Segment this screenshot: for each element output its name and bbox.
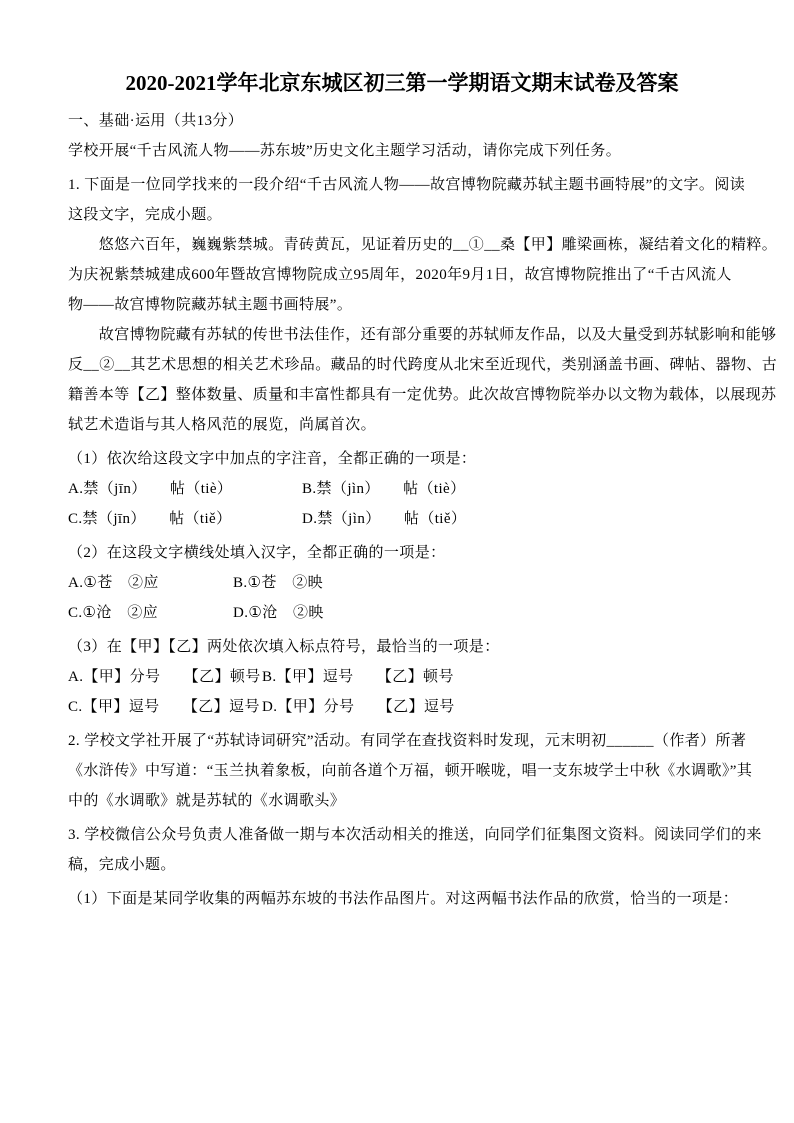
q1-passage-line: 反__②__其艺术思想的相关艺术珍品。藏品的时代跨度从北宋至近现代，类别涵盖书画… [68, 350, 736, 380]
option-b: B.【甲】逗号 【乙】顿号 [262, 662, 454, 692]
q2-line: 中的《水调歌》就是苏轼的《水调歌头》 [68, 786, 736, 816]
q1-sub1-option-row: A.禁（jīn） 帖（tiè） B.禁（jìn） 帖（tiè） [68, 474, 736, 504]
option-d: D.禁（jìn） 帖（tiě） [302, 504, 466, 534]
option-a: A.【甲】分号 【乙】顿号 [68, 662, 262, 692]
question-3-sub-1: （1）下面是某同学收集的两幅苏东坡的书法作品图片。对这两幅书法作品的欣赏，恰当的… [68, 884, 736, 914]
option-a: A.①苍 ②应 [68, 568, 233, 598]
q1-sub1-stem: （1）依次给这段文字中加点的字注音，全都正确的一项是： [68, 444, 736, 474]
q1-sub2-option-row: A.①苍 ②应 B.①苍 ②映 [68, 568, 736, 598]
q3-sub1-stem: （1）下面是某同学收集的两幅苏东坡的书法作品图片。对这两幅书法作品的欣赏，恰当的… [68, 884, 736, 914]
option-c: C.①沧 ②应 [68, 598, 233, 628]
exam-title: 2020-2021学年北京东城区初三第一学期语文期末试卷及答案 [68, 66, 736, 100]
q1-sub2-stem: （2）在这段文字横线处填入汉字，全都正确的一项是： [68, 538, 736, 568]
question-2: 2. 学校文学社开展了“苏轼诗词研究”活动。有同学在查找资料时发现，元末明初__… [68, 726, 736, 816]
q1-sub3-stem: （3）在【甲】【乙】两处依次填入标点符号，最恰当的一项是： [68, 632, 736, 662]
q3-line: 3. 学校微信公众号负责人准备做一期与本次活动相关的推送，向同学们征集图文资料。… [68, 820, 736, 850]
option-b: B.禁（jìn） 帖（tiè） [302, 474, 465, 504]
q2-line: 2. 学校文学社开展了“苏轼诗词研究”活动。有同学在查找资料时发现，元末明初__… [68, 726, 736, 756]
option-c: C.【甲】逗号 【乙】逗号 [68, 692, 262, 722]
q1-stem-line: 1. 下面是一位同学找来的一段介绍“千古风流人物——故宫博物院藏苏轼主题书画特展… [68, 170, 736, 200]
q1-passage-line: 轼艺术造诣与其人格风范的展览，尚属首次。 [68, 410, 736, 440]
q1-passage-line: 籍善本等【乙】整体数量、质量和丰富性都具有一定优势。此次故宫博物院举办以文物为载… [68, 380, 736, 410]
q1-sub2-option-row: C.①沧 ②应 D.①沧 ②映 [68, 598, 736, 628]
question-1-sub-2: （2）在这段文字横线处填入汉字，全都正确的一项是： A.①苍 ②应 B.①苍 ②… [68, 538, 736, 628]
question-1-sub-3: （3）在【甲】【乙】两处依次填入标点符号，最恰当的一项是： A.【甲】分号 【乙… [68, 632, 736, 722]
q1-sub3-option-row: A.【甲】分号 【乙】顿号 B.【甲】逗号 【乙】顿号 [68, 662, 736, 692]
q1-sub3-option-row: C.【甲】逗号 【乙】逗号 D.【甲】分号 【乙】逗号 [68, 692, 736, 722]
option-a: A.禁（jīn） 帖（tiè） [68, 474, 302, 504]
question-3: 3. 学校微信公众号负责人准备做一期与本次活动相关的推送，向同学们征集图文资料。… [68, 820, 736, 880]
option-c: C.禁（jīn） 帖（tiě） [68, 504, 302, 534]
q1-passage-line: 故宫博物院藏有苏轼的传世书法佳作，还有部分重要的苏轼师友作品，以及大量受到苏轼影… [68, 320, 736, 350]
question-1: 1. 下面是一位同学找来的一段介绍“千古风流人物——故宫博物院藏苏轼主题书画特展… [68, 170, 736, 440]
section-heading: 一、基础·运用（共13分） [68, 106, 736, 136]
q2-line: 《水浒传》中写道：“玉兰执着象板，向前各道个万福，顿开喉咙，唱一支东坡学士中秋《… [68, 756, 736, 786]
exam-document-page: 2020-2021学年北京东城区初三第一学期语文期末试卷及答案 一、基础·运用（… [0, 0, 794, 1123]
section-intro: 学校开展“千古风流人物——苏东坡”历史文化主题学习活动，请你完成下列任务。 [68, 136, 736, 166]
q1-stem-line: 这段文字，完成小题。 [68, 200, 736, 230]
q1-passage-line: 物——故宫博物院藏苏轼主题书画特展”。 [68, 290, 736, 320]
option-b: B.①苍 ②映 [233, 568, 323, 598]
q1-passage-line: 悠悠六百年，巍巍紫禁城。青砖黄瓦，见证着历史的__①__桑【甲】雕梁画栋，凝结着… [68, 230, 736, 260]
q1-sub1-option-row: C.禁（jīn） 帖（tiě） D.禁（jìn） 帖（tiě） [68, 504, 736, 534]
option-d: D.①沧 ②映 [233, 598, 324, 628]
question-1-sub-1: （1）依次给这段文字中加点的字注音，全都正确的一项是： A.禁（jīn） 帖（t… [68, 444, 736, 534]
q1-passage-line: 为庆祝紫禁城建成600年暨故宫博物院成立95周年，2020年9月1日，故宫博物院… [68, 260, 736, 290]
q3-line: 稿，完成小题。 [68, 850, 736, 880]
option-d: D.【甲】分号 【乙】逗号 [262, 692, 455, 722]
